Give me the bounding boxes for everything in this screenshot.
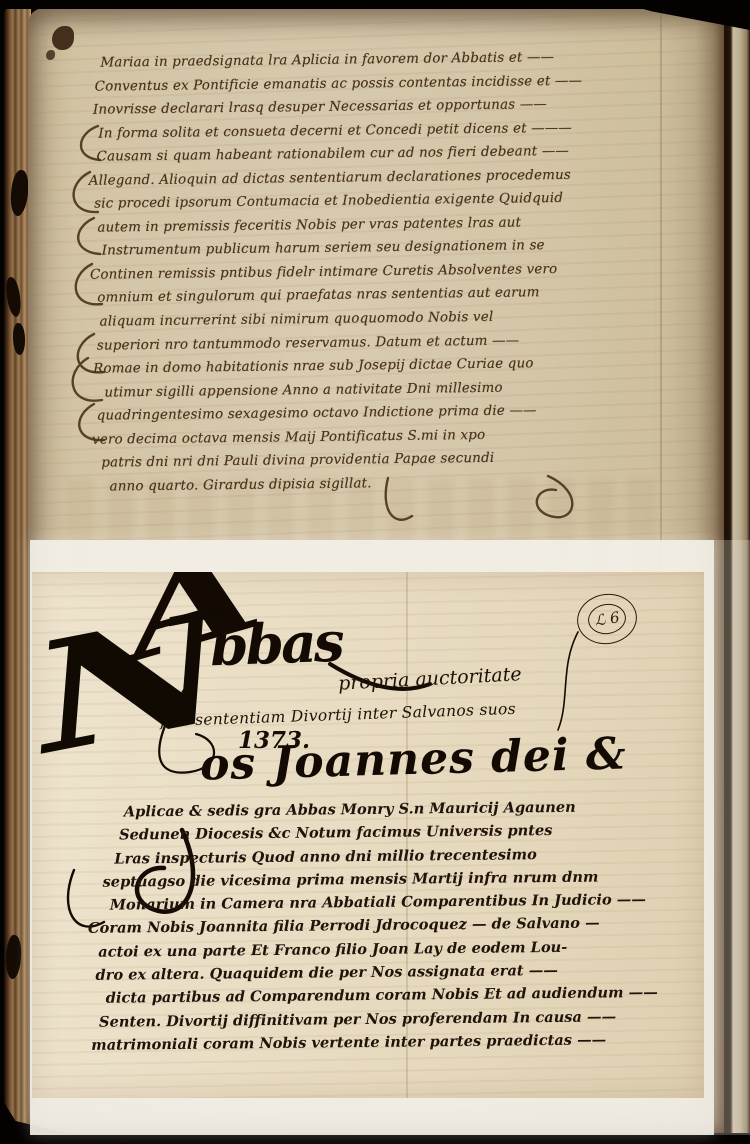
inset-frame: A bbas propria auctoritate fert sententi…	[30, 540, 714, 1135]
display-line-nos-joannes: os Joannes dei &	[199, 732, 627, 787]
catalog-mark-text: ℒ 6	[593, 608, 621, 630]
ink-blot	[13, 323, 25, 355]
catalog-mark-monogram: ℒ 6	[586, 601, 628, 637]
ink-stain	[46, 50, 55, 60]
ink-stain	[52, 26, 74, 50]
catalog-mark-tail	[558, 632, 578, 730]
heading-propria-auctoritate: propria auctoritate	[338, 663, 523, 695]
heading-abbas: bbas	[209, 614, 342, 674]
catalog-mark: ℒ 6	[573, 590, 640, 649]
book-fore-edge	[4, 5, 31, 1139]
ink-blot	[4, 934, 23, 979]
ink-blot	[5, 276, 22, 317]
page-text: Mariaa in praedsignata lra Aplicia in fa…	[87, 44, 704, 499]
charter-text: Aplicae & sedis gra Abbas Monry S.n Maur…	[32, 795, 697, 1058]
manuscript-line: matrimoniali coram Nobis vertente inter …	[91, 1027, 697, 1057]
inset-photo: A bbas propria auctoritate fert sententi…	[32, 572, 704, 1098]
frame-edge-wash	[714, 540, 750, 1135]
book-photo: Mariaa in praedsignata lra Aplicia in fa…	[0, 0, 750, 1144]
